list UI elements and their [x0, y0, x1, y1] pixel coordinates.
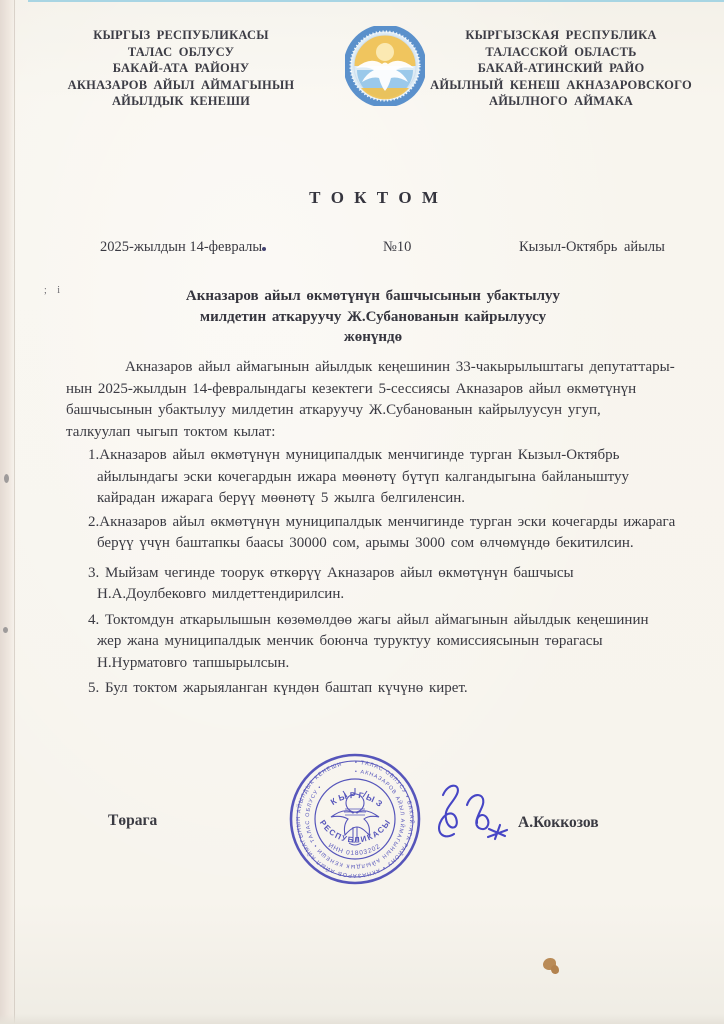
ink-speck — [4, 474, 9, 483]
official-round-stamp: • ТАЛАС ОБЛУСУ • БАКАЙ-АТА РАЙОНУ • АКНА… — [287, 751, 423, 887]
letterhead-line: КЫРГЫЗ РЕСПУБЛИКАСЫ — [48, 27, 314, 44]
stamp-outer-ring-text: • ТАЛАС ОБЛУСУ • БАКАЙ-АТА РАЙОНУ • АКНА… — [295, 760, 416, 878]
item-line: Н.Нурматовго тапшырылсын. — [88, 653, 708, 675]
stain-mark-inner — [551, 965, 559, 974]
signatory-role: Төрага — [108, 812, 157, 830]
document-title: Т О К Т О М — [26, 188, 724, 208]
item-line: 2.Акназаров айыл өкмөтүнүн муниципалдык … — [88, 512, 708, 534]
item-line: берүү үчүн баштапкы баасы 30000 сом, ары… — [88, 533, 708, 555]
letterhead-line: АКНАЗАРОВ АЙЫЛ АЙМАГЫНЫН — [48, 77, 314, 94]
decree-item-4: 4. Токтомдун аткарылышын көзөмөлдөө жагы… — [66, 610, 708, 675]
scan-edge-top — [28, 0, 724, 2]
stain-mark — [543, 958, 556, 970]
preamble-line: башчысынын убактылуу милдетин аткаруучу … — [66, 400, 708, 422]
subject-line: Акназаров айыл өкмөтүнүн башчысынын убак… — [20, 286, 724, 307]
document-body: Акназаров айыл аймагынын айылдык кеңешин… — [66, 357, 708, 700]
document-date: 2025-жылдын 14-февралы — [100, 239, 262, 256]
preamble-paragraph: Акназаров айыл аймагынын айылдык кеңешин… — [66, 357, 708, 443]
letterhead-line: АЙЫЛДЫК КЕНЕШИ — [48, 93, 314, 110]
decree-item-1: 1.Акназаров айыл өкмөтүнүн муниципалдык … — [66, 445, 708, 510]
handwritten-signature — [427, 779, 515, 847]
kyrgyz-state-emblem-icon — [345, 26, 425, 106]
stamp-bottom-arc-text: РЕСПУБЛИКАСЫ — [318, 817, 393, 844]
item-line: 1.Акназаров айыл өкмөтүнүн муниципалдык … — [88, 445, 708, 467]
document-subject: Акназаров айыл өкмөтүнүн башчысынын убак… — [20, 286, 724, 348]
ink-speck — [3, 627, 8, 633]
ink-dot — [262, 247, 266, 251]
letterhead-line: ТАЛАССКОЙ ОБЛАСТЬ — [414, 44, 708, 61]
item-line: 4. Токтомдун аткарылышын көзөмөлдөө жагы… — [88, 610, 708, 632]
preamble-line: талкуулап чыгып токтом кылат: — [66, 422, 708, 444]
letterhead-line: ТАЛАС ОБЛУСУ — [48, 44, 314, 61]
svg-text:• ТАЛАС ОБЛУСУ • БАКАЙ-АТА РАЙ: • ТАЛАС ОБЛУСУ • БАКАЙ-АТА РАЙОНУ • АКНА… — [295, 760, 416, 878]
scan-edge-bottom — [0, 1014, 724, 1024]
item-line: айылындагы эски кочегардын ижара мөөнөтү… — [88, 467, 708, 489]
item-line: 3. Мыйзам чегинде тоорук өткөрүү Акназар… — [88, 563, 708, 585]
decree-item-2: 2.Акназаров айыл өкмөтүнүн муниципалдык … — [66, 512, 708, 555]
subject-line: милдетин аткаруучу Ж.Субанованын кайрылу… — [20, 307, 724, 328]
svg-text:РЕСПУБЛИКАСЫ: РЕСПУБЛИКАСЫ — [318, 817, 393, 844]
letterhead-line: БАКАЙ-АТИНСКИЙ РАЙО — [414, 60, 708, 77]
item-line: 5. Бул токтом жарыяланган күндөн баштап … — [88, 678, 708, 700]
letterhead-line: БАКАЙ-АТА РАЙОНУ — [48, 60, 314, 77]
subject-line: жөнүндө — [20, 327, 724, 348]
stamp-top-arc-text: КЫРГЫЗ — [329, 790, 387, 810]
svg-text:КЫРГЫЗ: КЫРГЫЗ — [329, 790, 387, 810]
scan-fold-line — [14, 0, 15, 1024]
scanned-document-page: ; i КЫРГЫЗ РЕСПУБЛИКАСЫ ТАЛАС ОБЛУСУ БАК… — [0, 0, 724, 1024]
item-line: жер жана муниципалдык менчик боюнча туру… — [88, 631, 708, 653]
decree-item-5: 5. Бул токтом жарыяланган күндөн баштап … — [66, 678, 708, 700]
preamble-line: нын 2025-жылдын 14-февралындагы кезектег… — [66, 379, 708, 401]
document-place: Кызыл-Октябрь айылы — [519, 239, 665, 256]
document-number: №10 — [383, 239, 411, 256]
letterhead-line: АЙЫЛНОГО АЙМАКА — [414, 93, 708, 110]
decree-item-3: 3. Мыйзам чегинде тоорук өткөрүү Акназар… — [66, 563, 708, 606]
signatory-name: А.Коккозов — [518, 814, 599, 832]
letterhead-line: КЫРГЫЗСКАЯ РЕСПУБЛИКА — [414, 27, 708, 44]
item-line: Н.А.Доулбековго милдеттендирилсин. — [88, 584, 708, 606]
letterhead-kyrgyz: КЫРГЫЗ РЕСПУБЛИКАСЫ ТАЛАС ОБЛУСУ БАКАЙ-А… — [48, 27, 314, 110]
preamble-line: Акназаров айыл аймагынын айылдык кеңешин… — [66, 357, 708, 379]
letterhead-line: АЙЫЛНЫЙ КЕНЕШ АКНАЗАРОВСКОГО — [414, 77, 708, 94]
letterhead-russian: КЫРГЫЗСКАЯ РЕСПУБЛИКА ТАЛАССКОЙ ОБЛАСТЬ … — [414, 27, 708, 110]
item-line: кайрадан ижарага берүү мөөнөтү 5 жылга б… — [88, 488, 708, 510]
